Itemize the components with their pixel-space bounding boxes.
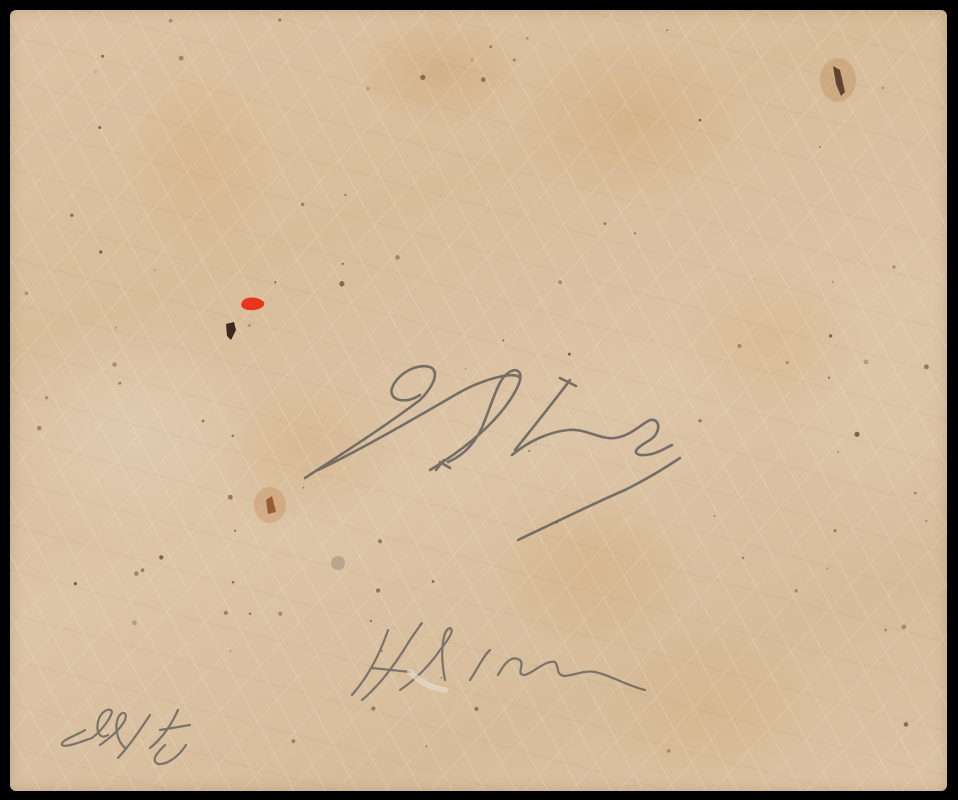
photo-scene — [0, 0, 958, 800]
dark-stain-top-right — [820, 58, 856, 102]
foxing-spots — [25, 18, 929, 752]
red-mark — [241, 298, 264, 311]
pencil-initials-corner — [62, 710, 190, 764]
dark-fleck — [226, 322, 236, 340]
pencil-signature-main — [305, 366, 680, 540]
grey-smudge — [331, 556, 345, 570]
brown-stain-left — [254, 487, 286, 523]
markings-layer — [0, 0, 958, 800]
pencil-signature-lower — [352, 623, 645, 700]
